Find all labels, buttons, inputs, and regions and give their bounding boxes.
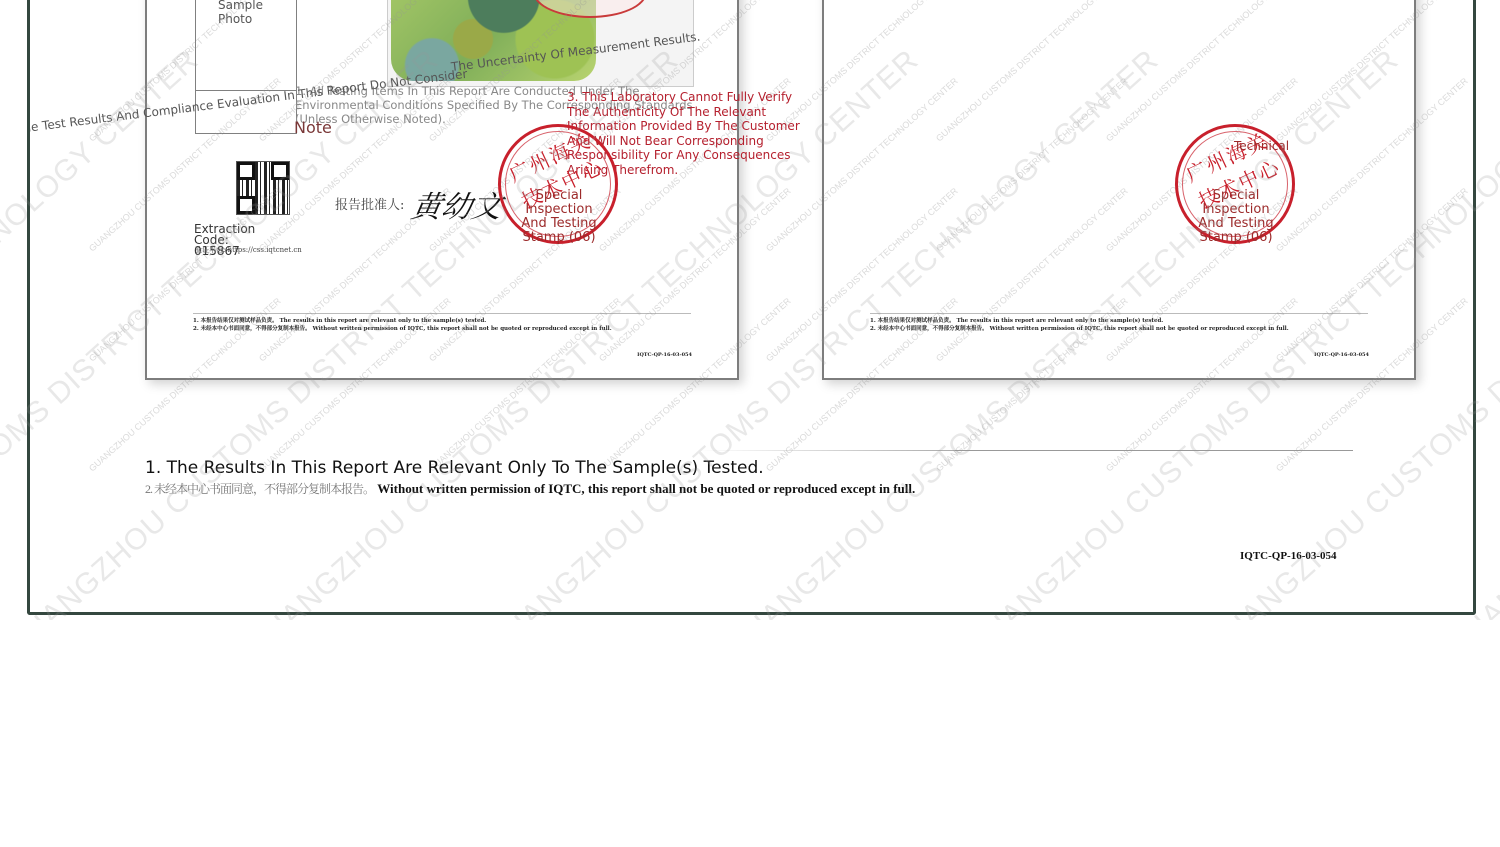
page-watermark-text: GUANGZHOU CUSTOMS DISTRICT TECHNOLOGY CE… — [87, 296, 283, 474]
page-watermark-text: GUANGZHOU CUSTOMS DISTRICT TECHNOLOGY CE… — [87, 186, 283, 364]
bottom-note-1: 1. The Results In This Report Are Releva… — [145, 458, 764, 478]
report-document-frame: Sample Photo Sample 1. All Testing Items… — [27, 0, 1476, 615]
report-page-1: Sample Photo Sample 1. All Testing Items… — [145, 0, 739, 380]
technical-label: Technical — [1234, 139, 1289, 153]
page-watermark-text: GUANGZHOU CUSTOMS DISTRICT TECHNOLOGY CE… — [597, 296, 793, 474]
page-watermark-text: GUANGZHOU CUSTOMS DISTRICT TECHNOLOGY CE… — [934, 186, 1130, 364]
bottom-note-2: 2. 未经本中心书面同意，不得部分复制本报告。 Without written … — [145, 480, 915, 497]
stamp-english-text: Special Inspection And Testing Stamp (06… — [511, 189, 607, 245]
bottom-divider — [955, 450, 1353, 451]
note-title: Note — [294, 118, 332, 137]
page-watermark-text: GUANGZHOU CUSTOMS DISTRICT TECHNOLOGY CE… — [764, 186, 960, 364]
page-watermark-text: GUANGZHOU CUSTOMS DISTRICT TECHNOLOGY CE… — [934, 0, 1130, 143]
page-watermark-text: GUANGZHOU CUSTOMS DISTRICT TECHNOLOGY CE… — [1274, 186, 1470, 364]
page-watermark-text: GUANGZHOU CUSTOMS DISTRICT TECHNOLOGY CE… — [934, 76, 1130, 254]
report-page-2: 广州海关技术中心 Special Inspection And Testing … — [822, 0, 1416, 380]
page-watermark-text: GUANGZHOU CUSTOMS DISTRICT TECHNOLOGY CE… — [1274, 296, 1470, 474]
page-watermark-text: GUANGZHOU CUSTOMS DISTRICT TECHNOLOGY CE… — [597, 186, 793, 364]
form-code: IQTC-QP-16-03-054 — [637, 352, 692, 358]
approver-label: 报告批准人: — [335, 194, 404, 213]
bottom-divider-fade — [700, 450, 955, 451]
stamp-english-text: Special Inspection And Testing Stamp (06… — [1188, 189, 1284, 245]
form-code: IQTC-QP-16-03-054 — [1314, 352, 1369, 358]
page-watermark-text: GUANGZHOU CUSTOMS DISTRICT TECHNOLOGY CE… — [764, 296, 960, 474]
official-stamp: 广州海关技术中心 Special Inspection And Testing … — [498, 124, 618, 244]
bottom-form-code: IQTC-QP-16-03-054 — [1240, 550, 1337, 562]
page-watermark-text: GUANGZHOU CUSTOMS DISTRICT TECHNOLOGY CE… — [1274, 0, 1470, 143]
page-watermark-text: GUANGZHOU CUSTOMS DISTRICT TECHNOLOGY CE… — [1274, 76, 1470, 254]
